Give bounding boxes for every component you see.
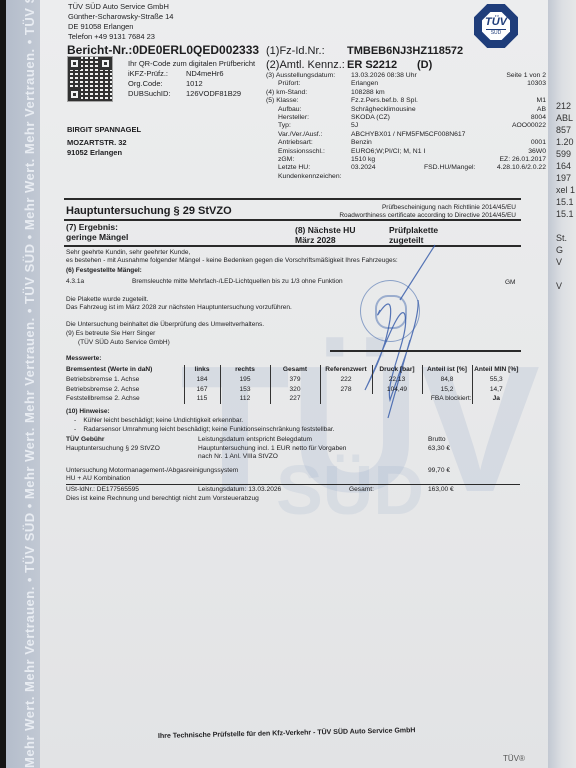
detail-code: AOO00022	[512, 122, 546, 130]
table-cell: 227	[270, 394, 320, 404]
table-cell: 167	[184, 385, 220, 395]
side-band: Mehr Wert. Mehr Vertrauen. • TÜV SÜD • M…	[6, 0, 42, 768]
vehicle-detail-row: (3) Ausstellungsdatum:13.03.2026 08:38 U…	[266, 72, 546, 80]
detail-label: Prüfort:	[266, 80, 300, 88]
vehicle-detail-row: Antriebsart:Benzin0001	[266, 139, 546, 147]
fees-date-note: Leistungsdatum entspricht Belegdatum	[198, 436, 312, 445]
table-cell: 195	[220, 375, 270, 385]
qr-field: Org.Code:1012	[128, 79, 255, 89]
sender-phone: Telefon +49 9131 7684 23	[68, 32, 173, 42]
kennz-value: ER S2212	[347, 58, 397, 72]
detail-value: 5J	[351, 122, 358, 130]
table-cell: 112	[220, 394, 270, 404]
table-header: Bremsentest (Werte in daN)linksrechtsGes…	[66, 365, 520, 375]
adjacent-text-line: V	[556, 280, 576, 292]
vehicle-detail-row: (5) Klasse:Fz.z.Pers.bef.b. 8 Spl.M1	[266, 97, 546, 105]
next-hu: (8) Nächste HU März 2028	[295, 225, 355, 245]
detail-value: 13.03.2026 08:38 Uhr	[351, 72, 417, 80]
detail-code: Seite 1 von 2	[506, 72, 546, 80]
customer-city: 91052 Erlangen	[67, 148, 141, 158]
detail-value: 108288 km	[351, 89, 385, 97]
detail-value: Erlangen	[351, 80, 378, 88]
certificate-note: Prüfbescheinigung nach Richtlinie 2014/4…	[339, 204, 516, 220]
detail-label: Hersteller:	[266, 114, 309, 122]
detail-code: 4.28.10.6/2.0.22	[497, 164, 546, 172]
brake-test-table: Bremsentest (Werte in daN)linksrechtsGes…	[66, 365, 520, 404]
detail-label: Typ:	[266, 122, 291, 130]
vehicle-detail-row: Kundenkennzeichen:	[266, 173, 546, 181]
column-header: links	[184, 365, 220, 375]
plakette-value: zugeteilt	[389, 235, 438, 245]
vehicle-details: (3) Ausstellungsdatum:13.03.2026 08:38 U…	[266, 72, 546, 181]
table-row: Betriebsbremse 2. Achse167153320278104,4…	[66, 385, 520, 395]
fee-row: Hauptuntersuchung § 29 StVZO Hauptunters…	[66, 445, 520, 454]
detail-code: 10303	[527, 80, 546, 88]
vehicle-detail-row: (4) km-Stand:108288 km	[266, 89, 546, 97]
column-header: Gesamt	[270, 365, 320, 375]
column-header: Referenzwert	[320, 365, 372, 375]
detail-value: EURO6;W;PI/CI; M, N1 I	[351, 148, 425, 156]
table-cell: 14,7	[472, 385, 520, 395]
defect-severity: GM	[505, 279, 515, 286]
detail-label: (5) Klasse:	[266, 97, 298, 105]
detail-value: Schräghecklimousine	[351, 106, 416, 114]
logo-text-bottom: SÜD	[486, 29, 506, 36]
table-cell: Feststellbremse 2. Achse	[66, 394, 184, 404]
detail-code: M1	[537, 97, 546, 105]
table-cell: 22,13	[372, 375, 422, 385]
kennz-label: (2)Amtl. Kennz.:	[266, 59, 345, 71]
column-header: Bremsentest (Werte in daN)	[66, 365, 184, 375]
vehicle-detail-row: Aufbau:SchräghecklimousineAB	[266, 106, 546, 114]
sender-street: Günther-Scharowsky-Straße 14	[68, 12, 173, 22]
qr-finder	[68, 57, 81, 70]
divider	[64, 198, 521, 200]
table-cell: 55,3	[472, 375, 520, 385]
column-header: rechts	[220, 365, 270, 375]
table-cell	[320, 394, 372, 404]
service-date: Leistungsdatum: 13.03.2026	[198, 486, 281, 495]
adjacent-text-line: 857	[556, 124, 576, 136]
detail-value: SKODA (CZ)	[351, 114, 390, 122]
qr-finder	[68, 88, 81, 101]
sender-address: TÜV SÜD Auto Service GmbH Günther-Scharo…	[68, 2, 173, 42]
table-cell: 278	[320, 385, 372, 395]
detail-label: Aufbau:	[266, 106, 301, 114]
fees-title: TÜV Gebühr	[66, 436, 104, 445]
fz-id-value: TMBEB6NJ3HZ118572	[347, 44, 463, 58]
table-cell: 153	[220, 385, 270, 395]
fee-row: Untersuchung Motormanagement-/Abgasreini…	[66, 467, 520, 476]
note-item: - Radarsensor Umrahmung leicht beschädig…	[74, 426, 335, 435]
total-label: Gesamt:	[349, 486, 374, 495]
detail-code: 36W0	[528, 148, 546, 156]
notes-title: (10) Hinweise:	[66, 408, 110, 417]
column-header: Druck [bar]	[372, 365, 422, 375]
table-cell: 222	[320, 375, 372, 385]
table-cell: 320	[270, 385, 320, 395]
qr-caption: Ihr QR-Code zum digitalen Prüfbericht	[128, 59, 255, 69]
total-amount: 163,00 €	[428, 486, 454, 495]
table-cell: 15,2	[422, 385, 472, 395]
inspector-company: (TÜV SÜD Auto Service GmbH)	[78, 339, 170, 348]
vehicle-detail-row: Prüfort:Erlangen10303	[266, 80, 546, 88]
detail-label: (3) Ausstellungsdatum:	[266, 72, 335, 80]
detail-mid: FSD.HU/Mangel:	[424, 164, 475, 172]
detail-value: 03.2024	[351, 164, 376, 172]
intro-text: es bestehen - mit Ausnahme folgender Män…	[66, 257, 398, 266]
table-cell: 184	[184, 375, 220, 385]
inspection-title: Hauptuntersuchung § 29 StVZO	[66, 205, 232, 217]
fees: TÜV Gebühr Leistungsdatum entspricht Bel…	[66, 436, 520, 503]
result: (7) Ergebnis: geringe Mängel	[66, 222, 128, 242]
next-hu-note: Das Fahrzeug ist im März 2028 zur nächst…	[66, 304, 292, 313]
detail-label: zGM:	[266, 156, 294, 164]
vehicle-detail-row: Emissionsschl.:EURO6;W;PI/CI; M, N1 I36W…	[266, 148, 546, 156]
qr-field: iKFZ-Prüfz.:ND4meHr6	[128, 69, 255, 79]
detail-code: 0001	[531, 139, 546, 147]
plakette-status: Prüfplakette zugeteilt	[389, 225, 438, 245]
sender-company: TÜV SÜD Auto Service GmbH	[68, 2, 173, 12]
vehicle-detail-row: Letzte HU:03.2024FSD.HU/Mangel:4.28.10.6…	[266, 164, 546, 172]
report-number: Bericht-Nr.:0DE0ERL0QED002333	[67, 43, 259, 57]
adjacent-text-line	[556, 292, 576, 300]
qr-field: DUBSuchID:126VODF81B29	[128, 89, 255, 99]
customer-address: BIRGIT SPANNAGEL MOZARTSTR. 32 91052 Erl…	[67, 125, 141, 158]
table-row: Betriebsbremse 1. Achse18419537922222,13…	[66, 375, 520, 385]
detail-code: 8004	[531, 114, 546, 122]
result-label: (7) Ergebnis:	[66, 222, 128, 232]
table-cell: FBA blockiert:	[422, 394, 472, 404]
vehicle-detail-row: zGM:1510 kgEZ: 26.01.2017	[266, 156, 546, 164]
vehicle-header: (1)Fz-Id.Nr.: TMBEB6NJ3HZ118572 (2)Amtl.…	[266, 44, 546, 72]
detail-label: Letzte HU:	[266, 164, 310, 172]
table-cell: Ja	[472, 394, 520, 404]
detail-label: (4) km-Stand:	[266, 89, 307, 97]
note-item: - Kühler leicht beschädigt; keine Undich…	[74, 417, 243, 426]
adjacent-page-text: 212ABL8571.20599164197xel 115.115.1 St. …	[556, 100, 576, 300]
table-cell: 115	[184, 394, 220, 404]
detail-label: Antriebsart:	[266, 139, 313, 147]
adjacent-text-line: 212	[556, 100, 576, 112]
adjacent-text-line	[556, 220, 576, 232]
environment-note: Die Untersuchung beinhaltet die Überprüf…	[66, 321, 264, 330]
detail-value: Fz.z.Pers.bef.b. 8 Spl.	[351, 97, 418, 105]
adjacent-text-line	[556, 268, 576, 280]
table-cell: Betriebsbremse 2. Achse	[66, 385, 184, 395]
detail-value: ABCHYBX01 / NFM5FM5CF008N617	[351, 131, 465, 139]
table-cell: 104,49	[372, 385, 422, 395]
customer-street: MOZARTSTR. 32	[67, 138, 141, 148]
adjacent-text-line: 15.1	[556, 196, 576, 208]
footer-logo: TÜV®	[503, 754, 525, 763]
tuv-sud-logo: TÜV SÜD	[474, 4, 518, 48]
customer-name: BIRGIT SPANNAGEL	[67, 125, 141, 135]
report-number-label: Bericht-Nr.:	[67, 43, 132, 57]
inspection-stamp	[360, 280, 420, 342]
defect-description: Bremsleuchte mitte Mehrfach-/LED-Lichtqu…	[132, 278, 343, 285]
defects-label: (6) Festgestellte Mängel:	[66, 267, 142, 276]
divider	[330, 350, 521, 352]
table-cell: Betriebsbremse 1. Achse	[66, 375, 184, 385]
inspector: (9) Es betreute Sie Herr Singer	[66, 330, 155, 339]
fz-id-label: (1)Fz-Id.Nr.:	[266, 45, 325, 57]
adjacent-text-line: V	[556, 256, 576, 268]
detail-label: Emissionsschl.:	[266, 148, 325, 156]
disclaimer: Dies ist keine Rechnung und berechtigt n…	[66, 495, 259, 504]
adjacent-text-line: 599	[556, 148, 576, 160]
sender-city: DE 91058 Erlangen	[68, 22, 173, 32]
detail-label: Var./Ver./Ausf.:	[266, 131, 322, 139]
column-header: Anteil MIN [%]	[472, 365, 520, 375]
detail-code: EZ: 26.01.2017	[500, 156, 546, 164]
country-code: (D)	[417, 58, 432, 72]
adjacent-text-line: St. G	[556, 232, 576, 256]
report-number-value: 0DE0ERL0QED002333	[132, 43, 259, 57]
adjacent-text-line: xel 1	[556, 184, 576, 196]
table-row: Feststellbremse 2. Achse115112227FBA blo…	[66, 394, 520, 404]
detail-code: AB	[537, 106, 546, 114]
vehicle-detail-row: Var./Ver./Ausf.:ABCHYBX01 / NFM5FM5CF008…	[266, 131, 546, 139]
adjacent-text-line: 164	[556, 160, 576, 172]
logo-text-top: TÜV	[482, 15, 510, 29]
ust-id: USt-IdNr.: DE177565595	[66, 486, 139, 495]
result-value: geringe Mängel	[66, 232, 128, 242]
adjacent-text-line: ABL	[556, 112, 576, 124]
vehicle-detail-row: Hersteller:SKODA (CZ)8004	[266, 114, 546, 122]
detail-value: Benzin	[351, 139, 372, 147]
divider	[64, 219, 521, 221]
adjacent-text-line: 1.20	[556, 136, 576, 148]
measurements-title: Messwerte:	[66, 355, 101, 364]
brutto-label: Brutto	[428, 436, 446, 445]
table-cell: 379	[270, 375, 320, 385]
column-header: Anteil ist [%]	[422, 365, 472, 375]
divider	[64, 245, 521, 247]
plakette-label: Prüfplakette	[389, 225, 438, 235]
adjacent-text-line: 197	[556, 172, 576, 184]
vehicle-detail-row: Typ:5JAOO00022	[266, 122, 546, 130]
next-hu-label: (8) Nächste HU	[295, 225, 355, 235]
qr-info: Ihr QR-Code zum digitalen Prüfbericht iK…	[128, 59, 255, 99]
adjacent-text-line: 15.1	[556, 208, 576, 220]
detail-value: 1510 kg	[351, 156, 375, 164]
table-cell: 84,8	[422, 375, 472, 385]
defect-code: 4.3.1a	[66, 278, 84, 285]
detail-label: Kundenkennzeichen:	[266, 173, 342, 181]
next-hu-value: März 2028	[295, 235, 355, 245]
qr-code[interactable]	[67, 56, 113, 102]
table-cell	[372, 394, 422, 404]
qr-finder	[99, 57, 112, 70]
